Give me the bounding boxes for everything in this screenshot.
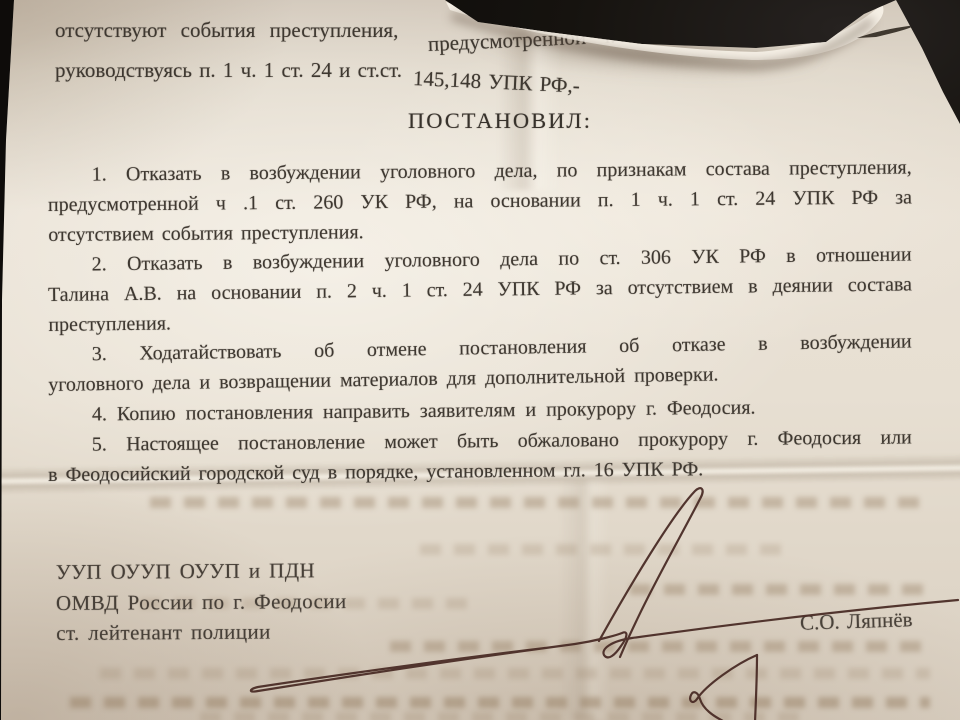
title-line-rank: ст. лейтенант полиции [56, 616, 347, 649]
item-1: 1. Отказать в возбуждении уголовного дел… [48, 152, 913, 250]
item-5: 5. Настоящее постановление может быть об… [48, 422, 912, 490]
item-2: 2. Отказать в возбуждении уголовного дел… [47, 239, 912, 340]
intro-line-2-left: руководствуясь п. 1 ч. 1 ст. 24 и ст.ст. [55, 58, 402, 83]
signature-flourish-stroke [755, 655, 757, 720]
vertical-crease-bottom [560, 480, 610, 720]
signature-flourish-stroke [690, 655, 757, 720]
item-5-line: в Феодосийский городской суд в порядке, … [48, 452, 912, 490]
bleedthrough-text [390, 641, 930, 652]
signature-ink [251, 488, 958, 720]
intro-paragraph: отсутствуют события преступления, предус… [55, 18, 935, 98]
intro-line-1-left: отсутствуют события преступления, [55, 18, 398, 43]
pen-dash-mark [930, 23, 956, 29]
bleedthrough-text [150, 497, 930, 508]
official-title-block: УУП ОУУП ОУУП и ПДН ОМВД России по г. Фе… [56, 555, 347, 649]
intro-line-1-right: предусмотренной ч. 1 ст. 260 УК РФ, [427, 15, 808, 57]
bleedthrough-text [420, 544, 790, 555]
signature-loop-stroke [599, 488, 703, 657]
document-photo: отсутствуют события преступления, предус… [0, 0, 960, 720]
resolution-body: 1. Отказать в возбуждении уголовного дел… [48, 160, 912, 490]
intro-line-1: отсутствуют события преступления, предус… [55, 18, 935, 58]
title-line-unit: УУП ОУУП ОУУП и ПДН [56, 555, 347, 588]
bleedthrough-text [630, 584, 930, 595]
resolution-heading: ПОСТАНОВИЛ: [0, 108, 960, 134]
intro-line-2: руководствуясь п. 1 ч. 1 ст. 24 и ст.ст.… [55, 58, 935, 98]
bleedthrough-text [200, 712, 800, 720]
item-3: 3. Ходатайствовать об отмене постановлен… [48, 326, 913, 400]
bleedthrough-text [70, 697, 930, 708]
title-line-department: ОМВД России по г. Феодосии [56, 585, 347, 618]
signer-name: С.О. Ляпнёв [800, 607, 913, 636]
bleedthrough-text [100, 668, 930, 679]
paper-sheet: отсутствуют события преступления, предус… [0, 0, 960, 720]
intro-line-2-right: 145,148 УПК РФ,- [413, 66, 581, 99]
